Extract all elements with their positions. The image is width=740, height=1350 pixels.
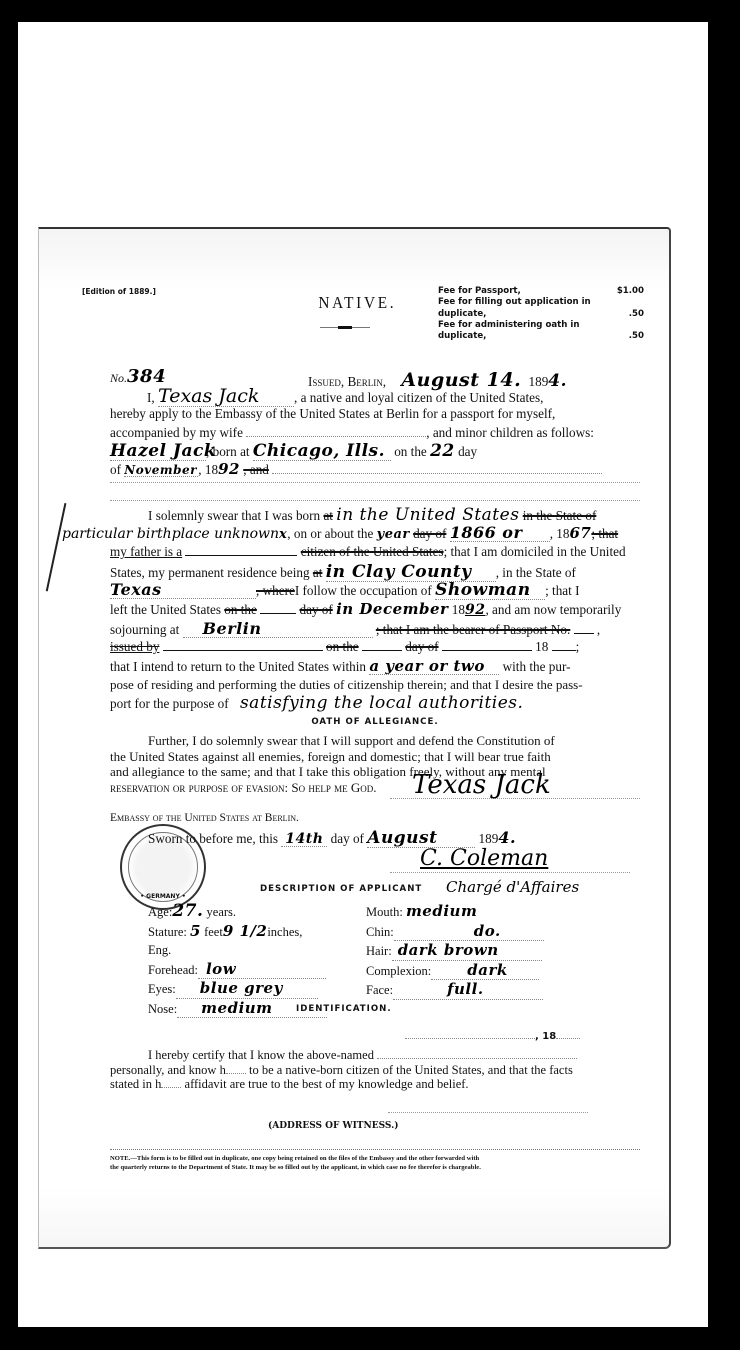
fee-filling: Fee for filling out application in dupli…	[438, 297, 644, 320]
pose-line: pose of residing and performing the duti…	[110, 678, 583, 691]
forehead-row: Forehead:low	[148, 960, 328, 980]
wife-line: accompanied by my wife , and minor child…	[110, 426, 594, 439]
fee-schedule: Fee for Passport,$1.00 Fee for filling o…	[438, 286, 644, 342]
chin-value: do.	[394, 922, 544, 942]
blank-line	[272, 473, 602, 474]
sojourning-value: Berlin	[183, 621, 373, 638]
blank-line	[161, 1087, 181, 1088]
state-value: Texas	[110, 582, 256, 599]
complexion-value: dark	[431, 961, 539, 981]
forehead-value: low	[198, 960, 326, 980]
description-heading: DESCRIPTION OF APPLICANT	[260, 884, 422, 894]
purpose-line: port for the purpose of satisfying the l…	[110, 695, 523, 712]
margin-note: particular birthplace unknown	[62, 526, 279, 542]
birthplace-value: in the United States	[336, 505, 519, 525]
identification-year-field	[556, 1038, 580, 1039]
struck-blank	[163, 650, 323, 651]
identification-text: I hereby certify that I know the above-n…	[110, 1048, 640, 1092]
child-birth-year: 92	[218, 460, 240, 478]
sojourning-line: sojourning at Berlin ; that I am the bea…	[110, 621, 600, 638]
return-line: that I intend to return to the United St…	[110, 659, 570, 675]
fee-passport: Fee for Passport,$1.00	[438, 286, 644, 297]
child-name: Hazel Jack	[110, 443, 206, 461]
struck-blank	[442, 650, 532, 651]
struck-blank	[362, 650, 402, 651]
struck-blank	[260, 613, 296, 614]
complexion-row: Complexion:dark	[366, 961, 546, 981]
stature-feet: 5	[190, 922, 201, 940]
official-signature: C. Coleman	[420, 846, 548, 871]
occupation-line: Texas, whereI follow the occupation of S…	[110, 582, 580, 600]
official-title: Chargé d'Affaires	[446, 878, 579, 896]
face-row: Face:full.	[366, 980, 546, 1000]
witness-signature-line	[388, 1112, 588, 1113]
fee-oath: Fee for administering oath in duplicate,…	[438, 320, 644, 343]
mouth-row: Mouth: medium	[366, 902, 546, 922]
apply-text: hereby apply to the Embassy of the Unite…	[110, 407, 555, 420]
allegiance-text: Further, I do solemnly swear that I will…	[110, 733, 640, 795]
struck-blank	[574, 633, 594, 634]
return-value: a year or two	[369, 659, 499, 675]
blank-line	[110, 482, 640, 483]
description-right: Mouth: medium Chin:do. Hair:dark brown C…	[366, 902, 546, 1000]
struck-blank	[185, 555, 297, 556]
birth-year-value: 1866 or	[450, 525, 550, 542]
identification-place-field	[405, 1038, 535, 1039]
edition-label: [Edition of 1889.]	[82, 287, 156, 296]
eyes-row: Eyes:blue grey	[148, 979, 328, 999]
age-value: 27.	[172, 901, 203, 921]
child-month-line: of November, 1892 , and	[110, 462, 602, 477]
child-line: Hazel Jack, born at Chicago, Ills. on th…	[110, 443, 477, 461]
oath-heading: OATH OF ALLEGIANCE.	[110, 717, 640, 727]
hair-row: Hair:dark brown	[366, 941, 546, 961]
seal-label: • GERMANY •	[122, 893, 204, 900]
age-row: Age:27. years.	[148, 902, 328, 922]
child-birthplace: Chicago, Ills.	[253, 443, 391, 461]
issued-by-line: issued by on the day of 18 ;	[110, 640, 579, 653]
description-left: Age:27. years. Stature: 5 feet9 1/2inche…	[148, 902, 328, 1018]
birthdate-line: particular birthplace unknownx, on or ab…	[62, 525, 618, 542]
blank-line	[110, 500, 640, 501]
identification-date-line: , 18	[405, 1028, 580, 1042]
child-birth-day: 22	[430, 441, 455, 461]
mouth-value: medium	[406, 902, 477, 920]
applicant-signature: Texas Jack	[412, 770, 551, 800]
title-rule-center	[338, 326, 352, 329]
purpose-value: satisfying the local authorities.	[240, 693, 523, 713]
left-us-line: left the United States on the day of in …	[110, 602, 621, 617]
applicant-line: I, Texas Jack, a native and loyal citize…	[147, 387, 543, 407]
sworn-day: 14th	[281, 832, 327, 847]
face-value: full.	[393, 980, 543, 1000]
stature-inches: 9 1/2	[223, 922, 268, 940]
child-birth-month: November	[124, 464, 198, 477]
official-signature-line	[390, 872, 630, 873]
witness-address-label: (ADDRESS OF WITNESS.)	[268, 1121, 398, 1131]
stature-row: Stature: 5 feet9 1/2inches, Eng.	[148, 922, 328, 960]
applicant-name: Texas Jack	[158, 387, 294, 407]
born-line: I solemnly swear that I was born at in t…	[148, 507, 596, 524]
departure-value: in December	[336, 600, 448, 618]
father-line: my father is a citizen of the United Sta…	[110, 545, 626, 558]
struck-blank	[552, 650, 576, 651]
application-number-line: No.384	[110, 368, 166, 386]
embassy-heading: Embassy of the United States at Berlin.	[110, 812, 299, 824]
note-rule	[110, 1149, 640, 1150]
witness-named-field	[377, 1058, 577, 1059]
occupation-value: Showman	[435, 582, 545, 600]
identification-heading: IDENTIFICATION.	[296, 1004, 392, 1014]
hair-value: dark brown	[392, 941, 542, 961]
blank-line	[226, 1073, 246, 1074]
footer-note: NOTE.—This form is to be filled out in d…	[110, 1155, 640, 1173]
chin-row: Chin:do.	[366, 922, 546, 942]
application-number: 384	[127, 366, 166, 387]
form-title: NATIVE.	[318, 293, 396, 313]
wife-field	[246, 436, 426, 437]
eyes-value: blue grey	[176, 979, 318, 999]
